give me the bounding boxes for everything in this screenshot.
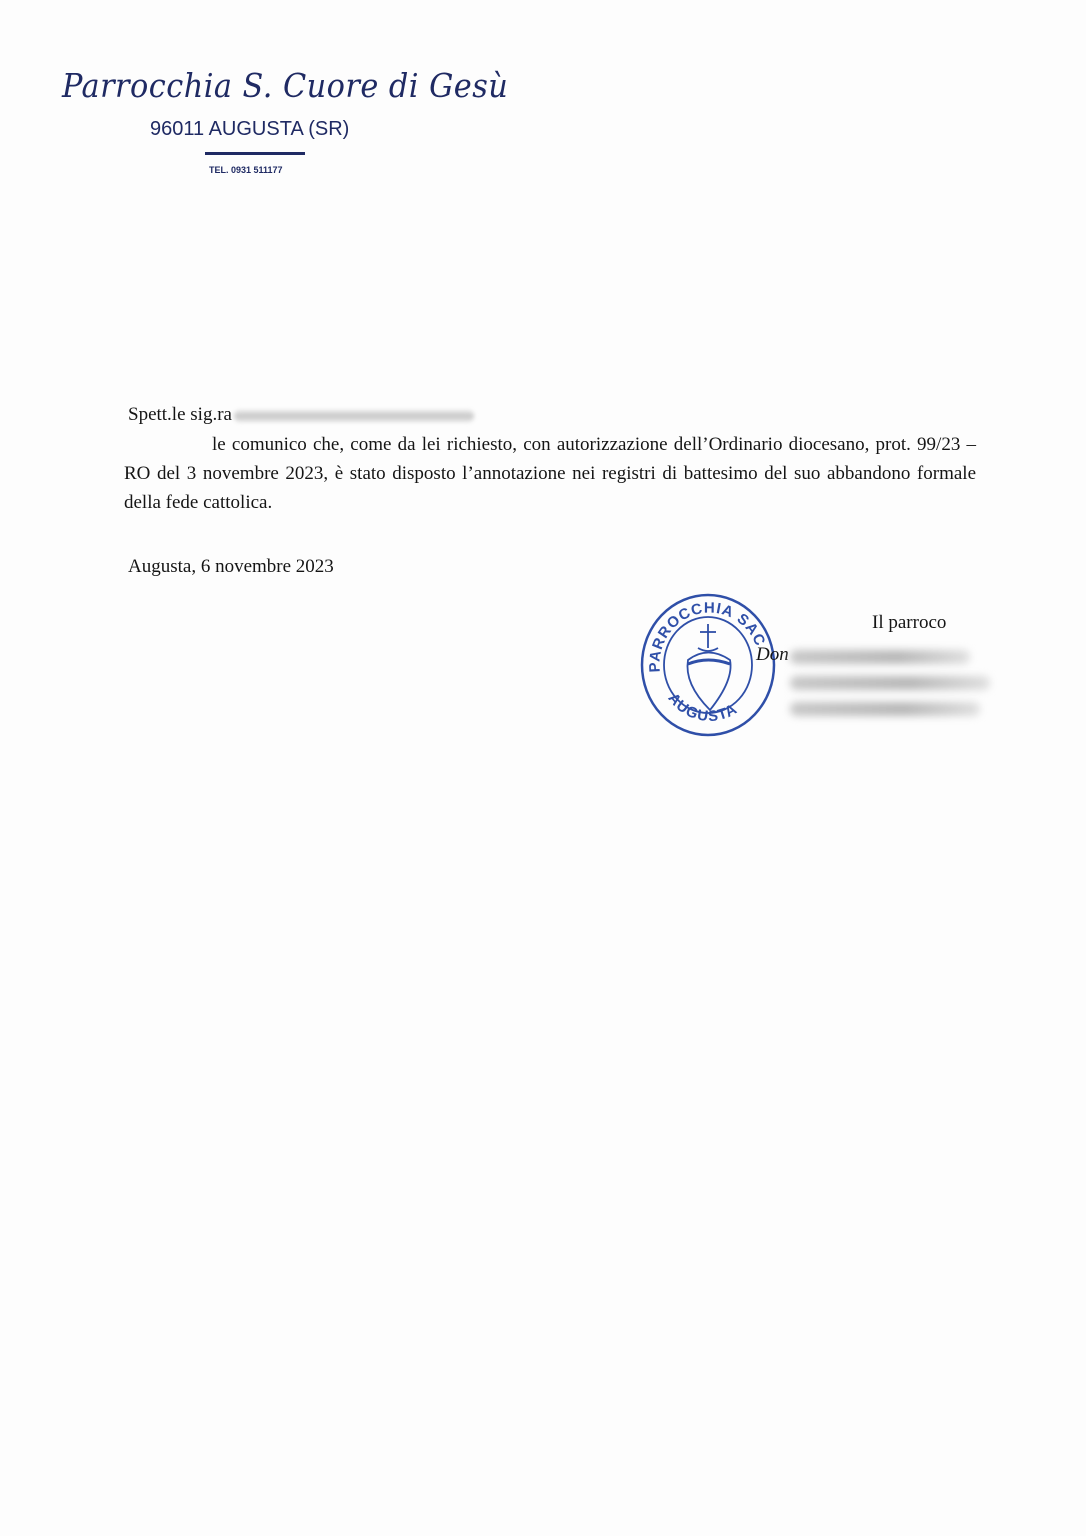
redacted-signature-line (790, 702, 980, 716)
signature-prefix: Don (756, 644, 789, 666)
sacred-heart-icon (687, 624, 730, 710)
salutation: Spett.le sig.ra (128, 404, 474, 426)
place-and-date: Augusta, 6 novembre 2023 (128, 556, 334, 578)
redacted-recipient-name (234, 410, 474, 422)
letter-body: le comunico che, come da lei richiesto, … (124, 430, 976, 517)
letterhead-divider (205, 152, 305, 155)
redacted-signature (790, 676, 990, 690)
signature-block: PARROCCHIA SACRO CUORE AUGUSTA Il parroc… (620, 590, 1020, 760)
letterhead: Parrocchia S. Cuore di Gesù 96011 AUGUST… (0, 0, 520, 200)
parish-telephone: TEL. 0931 511177 (209, 165, 283, 175)
svg-text:AUGUSTA: AUGUSTA (665, 690, 741, 725)
signature-role: Il parroco (872, 612, 946, 634)
salutation-text: Spett.le sig.ra (128, 404, 232, 425)
parish-address: 96011 AUGUSTA (SR) (150, 118, 349, 141)
parish-name: Parrocchia S. Cuore di Gesù (62, 66, 508, 105)
redacted-signature-name (790, 650, 970, 664)
